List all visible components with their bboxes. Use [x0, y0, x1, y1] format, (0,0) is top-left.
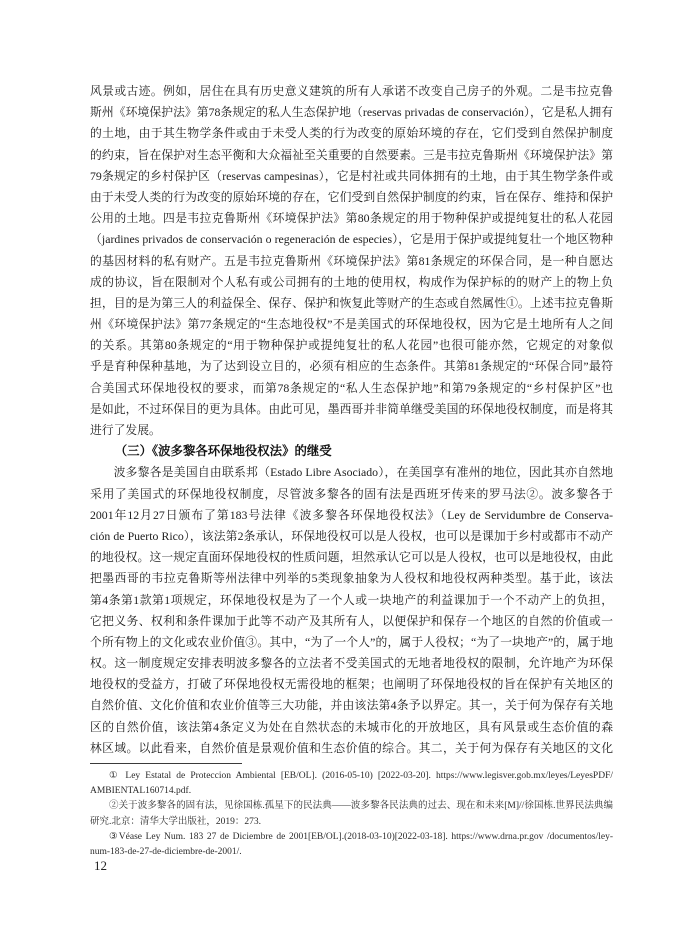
text-line: 公用的土地。四是韦拉克鲁斯州《环境保护法》第80条规定的用于物种保护或提纯复壮的… [90, 208, 613, 229]
text-line: 权。这一制度规定安排表明波多黎各的立法者不受美国式的无地者地役权的限制，允许地产… [90, 653, 613, 674]
footnote-1: ① Ley Estatal de Proteccion Ambiental [E… [90, 769, 613, 799]
text-line: 斯州《环境保护法》第78条规定的私人生态保护地（reservas privada… [90, 102, 613, 123]
text-line: 的约束，旨在保护对生态平衡和大众福祉至关重要的自然要素。三是韦拉克鲁斯州《环境保… [90, 145, 613, 166]
footnote-2: ②关于波多黎各的固有法，见徐国栋.孤星下的民法典——波多黎各民法典的过去、现在和… [90, 799, 613, 829]
text-line: ción de Puerto Rico），该法第2条承认，环保地役权可以是人役权… [90, 526, 613, 547]
section-heading: （三）《波多黎各环保地役权法》的继受 [90, 441, 613, 462]
page-content: 风景或古迹。例如，居住在具有历史意义建筑的所有人承诺不改变自己房子的外观。二是韦… [90, 81, 613, 860]
text-line: 个所有物上的文化或农业价值③。其中，“为了一个人”的，属于人役权；“为了一块地产… [90, 632, 613, 653]
text-line: num-183-de-27-de-diciembre-de-2001/. [90, 845, 613, 860]
text-line: 区的自然价值，该法第4条定义为处在自然状态的未城市化的开放地区，具有风景或生态价… [90, 717, 613, 738]
text-line: 把墨西哥的韦拉克鲁斯等州法律中列举的5类现象抽象为人役权和地役权两种类型。基于此… [90, 568, 613, 589]
text-line: 州《环境保护法》第77条规定的“生态地役权”不是美国式的环保地役权，因为它是土地… [90, 314, 613, 335]
text-line: 进行了发展。 [90, 420, 613, 441]
footnotes-section: ① Ley Estatal de Proteccion Ambiental [E… [90, 769, 613, 860]
body-paragraph-1: 风景或古迹。例如，居住在具有历史意义建筑的所有人承诺不改变自己房子的外观。二是韦… [90, 81, 613, 441]
text-line: ① Ley Estatal de Proteccion Ambiental [E… [90, 769, 613, 784]
text-line: 第4条第1款第1项规定，环保地役权是为了一个人或一块地产的利益课加于一个不动产上… [90, 590, 613, 611]
text-line: 研究.北京：清华大学出版社，2019：273. [90, 815, 613, 830]
text-line: 自然价值、文化价值和农业价值等三大功能，并由该法第4条予以界定。其一，关于何为保… [90, 695, 613, 716]
text-line: ③Véase Ley Num. 183 27 de Diciembre de 2… [90, 830, 613, 845]
text-line: 成的协议，旨在限制对个人私有或公司拥有的土地的使用权，构成作为保护标的的财产上的… [90, 272, 613, 293]
text-line: 风景或古迹。例如，居住在具有历史意义建筑的所有人承诺不改变自己房子的外观。二是韦… [90, 81, 613, 102]
document-page: 风景或古迹。例如，居住在具有历史意义建筑的所有人承诺不改变自己房子的外观。二是韦… [0, 0, 700, 943]
text-line: 的地役权。这一规定直面环保地役权的性质问题，坦然承认它可以是人役权，也可以是地役… [90, 547, 613, 568]
text-line: （jardines privados de conservación o reg… [90, 229, 613, 250]
text-line: 合美国式环保地役权的要求，而第78条规定的“私人生态保护地”和第79条规定的“乡… [90, 378, 613, 399]
text-line: ②关于波多黎各的固有法，见徐国栋.孤星下的民法典——波多黎各民法典的过去、现在和… [90, 799, 613, 814]
text-line: 是如此，不过环保目的更为具体。由此可见，墨西哥并非简单继受美国的环保地役权制度，… [90, 399, 613, 420]
text-line: 采用了美国式的环保地役权制度，尽管波多黎各的固有法是西班牙传来的罗马法②。波多黎… [90, 484, 613, 505]
text-line: 担，目的是为第三人的利益保全、保存、保护和恢复此等财产的生态或自然属性①。上述韦… [90, 293, 613, 314]
footnote-3: ③Véase Ley Num. 183 27 de Diciembre de 2… [90, 830, 613, 860]
text-line: AMBIENTAL160714.pdf. [90, 784, 613, 799]
text-line: 由于未受人类的行为改变的原始环境的存在，它们受到自然保护制度的约束，旨在保存、维… [90, 187, 613, 208]
page-number: 12 [94, 858, 107, 874]
text-line: 的关系。其第80条规定的“用于物种保护或提纯复壮的私人花园”也很可能亦然，它规定… [90, 335, 613, 356]
text-line: 乎是育种保种基地，为了达到设立目的，必须有相应的生态条件。其第81条规定的“环保… [90, 356, 613, 377]
text-line: 波多黎各是美国自由联系邦（Estado Libre Asociado），在美国享… [90, 462, 613, 483]
text-line: 的土地，由于其生物学条件或由于未受人类的行为改变的原始环境的存在，它们受到自然保… [90, 123, 613, 144]
text-line: 林区域。以此看来，自然价值是景观价值和生态价值的综合。其二，关于何为保存有关地区… [90, 738, 613, 759]
text-line: 地役权的受益方，打破了环保地役权无需役地的框架；也阐明了环保地役权的旨在保护有关… [90, 674, 613, 695]
body-paragraph-2: 波多黎各是美国自由联系邦（Estado Libre Asociado），在美国享… [90, 462, 613, 759]
text-line: 2001年12月27日颁布了第183号法律《波多黎各环保地役权法》（Ley de… [90, 505, 613, 526]
text-line: 它把义务、权利和条件课加于此等不动产及其所有人，以便保护和保存一个地区的自然的价… [90, 611, 613, 632]
text-line: 的基因材料的私有财产。五是韦拉克鲁斯州《环境保护法》第81条规定的环保合同，是一… [90, 251, 613, 272]
text-line: 79条规定的乡村保护区（reservas campesinas），它是村社或共同… [90, 166, 613, 187]
footnote-separator [90, 763, 242, 764]
